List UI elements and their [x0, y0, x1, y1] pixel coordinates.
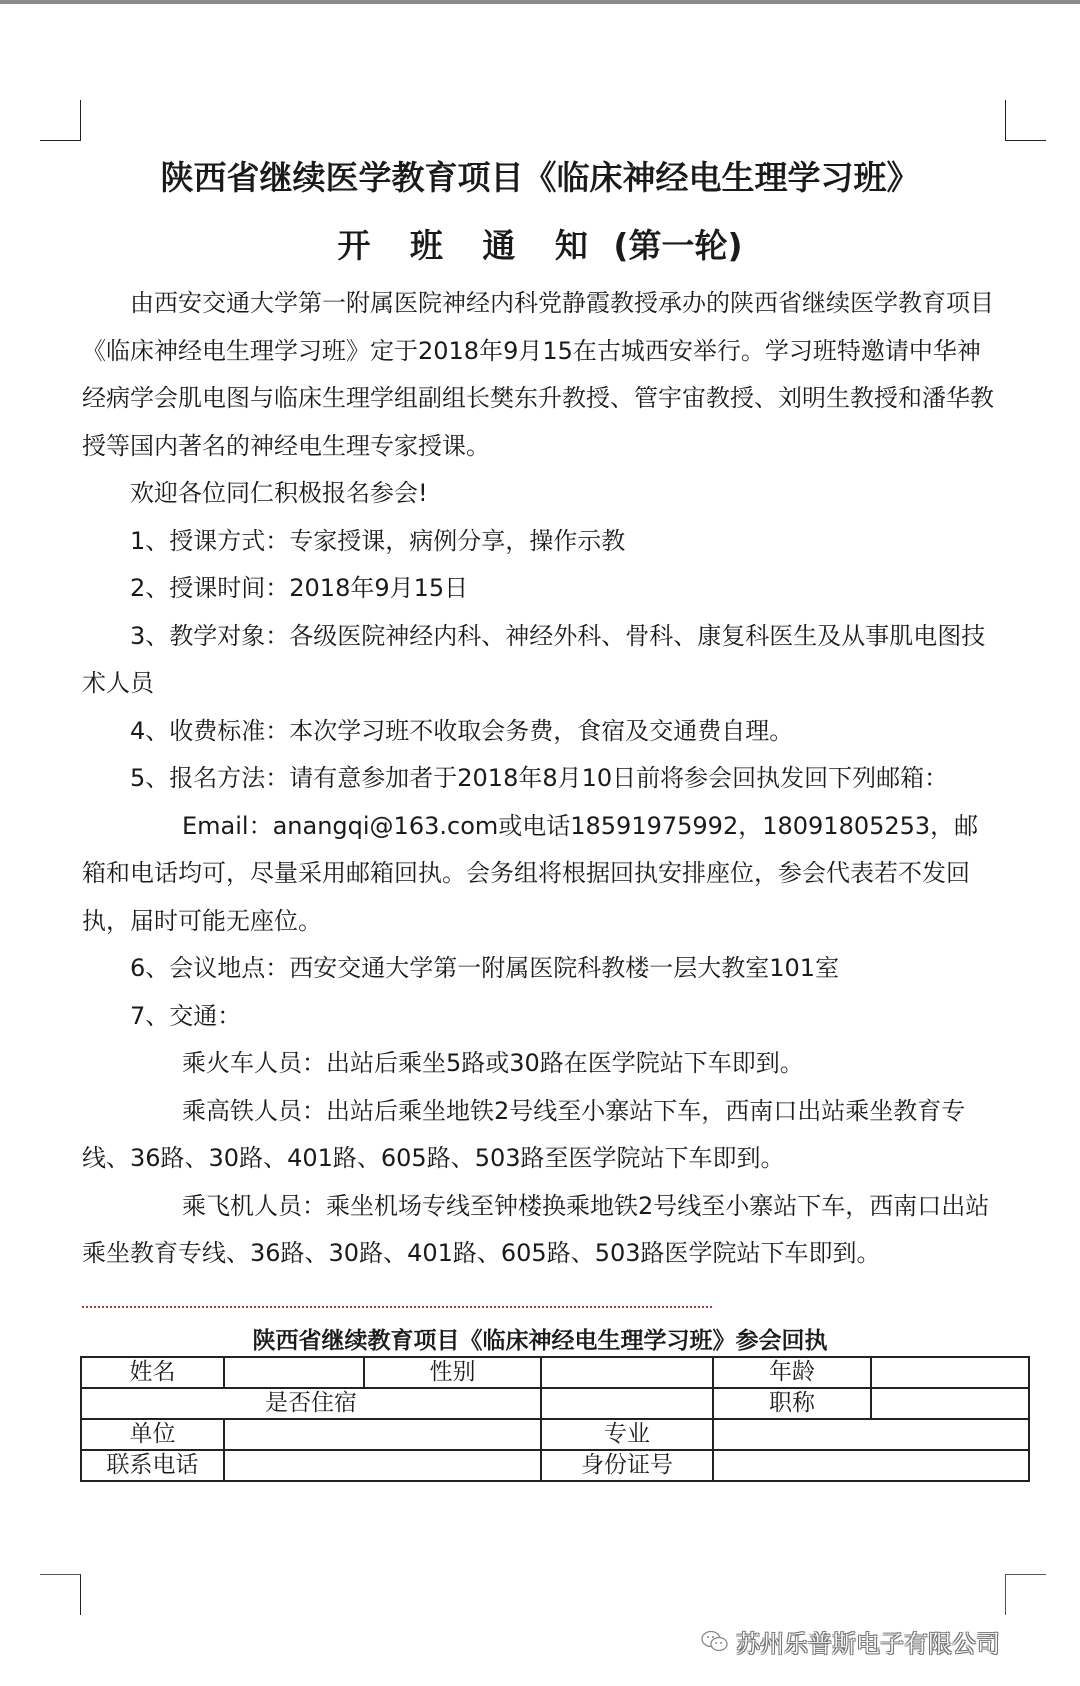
form-row: 姓名 性别 年龄 [81, 1357, 1029, 1388]
form-row: 单位 专业 [81, 1419, 1029, 1450]
field-specialty[interactable] [713, 1419, 1029, 1450]
field-id-number[interactable] [713, 1450, 1029, 1481]
item-teaching-time: 2、授课时间：2018年9月15日 [82, 565, 1002, 613]
transport-high-speed-rail: 乘高铁人员：出站后乘坐地铁2号线至小寨站下车，西南口出站乘坐教育专线、36路、3… [82, 1088, 1002, 1183]
label-name: 姓名 [81, 1357, 224, 1388]
crop-mark-bottom-left [40, 1574, 81, 1615]
crop-mark-top-right [1005, 100, 1046, 141]
document-title: 陕西省继续医学教育项目《临床神经电生理学习班》 [0, 152, 1080, 199]
top-edge-bar [0, 0, 1080, 4]
document-body: 由西安交通大学第一附属医院神经内科党静霞教授承办的陕西省继续医学教育项目《临床神… [82, 280, 1002, 1278]
field-age[interactable] [871, 1357, 1029, 1388]
label-age: 年龄 [713, 1357, 871, 1388]
item-transport-title: 7、交通： [82, 993, 1002, 1041]
transport-plane: 乘飞机人员：乘坐机场专线至钟楼换乘地铁2号线至小寨站下车，西南口出站乘坐教育专线… [82, 1183, 1002, 1278]
registration-form-title: 陕西省继续教育项目《临床神经电生理学习班》参会回执 [0, 1322, 1080, 1355]
contact-paragraph: Email：anangqi@163.com或电话18591975992，1809… [82, 803, 1002, 946]
label-phone: 联系电话 [81, 1450, 224, 1481]
label-title: 职称 [713, 1388, 871, 1419]
label-id-number: 身份证号 [541, 1450, 713, 1481]
document-subtitle: 开 班 通 知 (第一轮) [0, 220, 1080, 267]
watermark: 苏州乐普斯电子有限公司 [700, 1624, 1000, 1659]
field-unit[interactable] [224, 1419, 541, 1450]
field-lodging[interactable] [541, 1388, 713, 1419]
wechat-icon [700, 1629, 730, 1655]
field-gender[interactable] [541, 1357, 713, 1388]
item-fees: 4、收费标准：本次学习班不收取会务费，食宿及交通费自理。 [82, 708, 1002, 756]
form-row: 联系电话 身份证号 [81, 1450, 1029, 1481]
item-audience: 3、教学对象：各级医院神经内科、神经外科、骨科、康复科医生及从事肌电图技术人员 [82, 613, 1002, 708]
welcome-line: 欢迎各位同仁积极报名参会! [82, 470, 1002, 518]
crop-mark-bottom-right [1005, 1574, 1046, 1615]
field-name[interactable] [224, 1357, 364, 1388]
item-registration: 5、报名方法：请有意参加者于2018年8月10日前将参会回执发回下列邮箱： [82, 755, 1002, 803]
field-phone[interactable] [224, 1450, 541, 1481]
label-gender: 性别 [364, 1357, 541, 1388]
label-unit: 单位 [81, 1419, 224, 1450]
field-title[interactable] [871, 1388, 1029, 1419]
label-lodging: 是否住宿 [81, 1388, 541, 1419]
subtitle-main: 开 班 通 知 [337, 226, 601, 265]
crop-mark-top-left [40, 100, 81, 141]
form-row: 是否住宿 职称 [81, 1388, 1029, 1419]
dotted-cut-line [82, 1306, 712, 1311]
watermark-text: 苏州乐普斯电子有限公司 [736, 1624, 1000, 1659]
transport-train: 乘火车人员：出站后乘坐5路或30路在医学院站下车即到。 [82, 1040, 1002, 1088]
label-specialty: 专业 [541, 1419, 713, 1450]
intro-paragraph: 由西安交通大学第一附属医院神经内科党静霞教授承办的陕西省继续医学教育项目《临床神… [82, 280, 1002, 470]
item-teaching-method: 1、授课方式：专家授课，病例分享，操作示教 [82, 518, 1002, 566]
item-venue: 6、会议地点：西安交通大学第一附属医院科教楼一层大教室101室 [82, 945, 1002, 993]
registration-form-table: 姓名 性别 年龄 是否住宿 职称 单位 专业 联系电话 身份证号 [80, 1356, 1030, 1482]
subtitle-round: (第一轮) [602, 226, 743, 265]
